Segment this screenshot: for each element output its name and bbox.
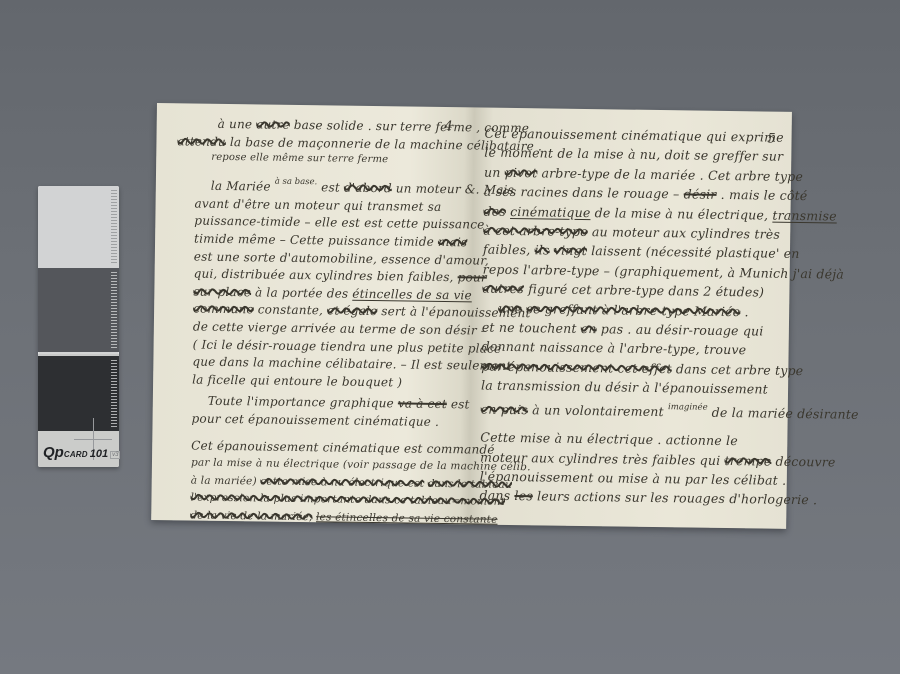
text-segment: à la portée des <box>251 285 352 300</box>
manuscript-line: la Mariée à sa base. est d'abord un mote… <box>211 173 457 199</box>
text-segment: pour cet épanouissement cinématique . <box>192 411 440 428</box>
text-segment: Cette mise à nu électrique . actionne le <box>480 430 738 449</box>
manuscript-spread: 4 à une autre base solide . sur terre fe… <box>151 103 792 529</box>
text-segment: est une sorte d'automobiline, essence d'… <box>194 249 489 267</box>
text-segment: vingt <box>554 243 587 258</box>
page-5: 5 Cet épanouissement cinématique qui exp… <box>453 107 792 529</box>
text-segment: donnant naissance à l'arbre-type, trouve <box>482 339 747 358</box>
text-segment: en puis <box>481 401 529 417</box>
text-segment: les <box>514 488 533 503</box>
text-segment: en <box>581 321 597 336</box>
text-segment: Cet épanouissement cinématique qui expri… <box>485 126 784 145</box>
text-segment: la ficelle qui entoure le bouquet ) <box>192 372 402 389</box>
text-segment: faibles, <box>483 242 535 258</box>
qpcard-logo-card: CARD <box>64 450 88 459</box>
text-segment: une <box>498 300 522 315</box>
text-segment: ils <box>535 243 550 258</box>
text-segment: Cet épanouissement cinématique est comma… <box>191 438 495 456</box>
grayscale-patch-dark <box>38 354 119 433</box>
text-segment: de la vie de la mariée, <box>190 509 312 523</box>
text-segment: trempe <box>724 452 771 468</box>
page-4: 4 à une autre base solide . sur terre fe… <box>151 103 459 524</box>
text-segment: pas . au désir-rouage qui <box>597 321 764 338</box>
text-segment: va à cet <box>398 397 447 412</box>
text-segment: arbre-type de la mariée . Cet arbre type <box>537 165 803 184</box>
text-segment: l'épanouissement ou mise à nu par les cé… <box>480 468 787 487</box>
text-segment: cinématique <box>510 204 591 220</box>
text-segment: par épanouissement cet effet <box>481 358 672 376</box>
text-segment: avant d'être un moteur qui transmet sa <box>195 196 442 213</box>
manuscript-line: de la vie de la mariée, les étincelles d… <box>190 507 452 528</box>
text-segment: imaginée <box>668 402 708 413</box>
manuscript-line: la ficelle qui entoure le bouquet ) <box>192 371 454 392</box>
text-segment: à cet arbre-type <box>483 223 588 239</box>
qpcard-logo-version: v3 <box>110 451 120 459</box>
text-segment: attendu <box>177 134 226 149</box>
text-segment: dans <box>479 488 514 503</box>
text-segment: autre <box>256 117 290 131</box>
text-segment: à un volontairement <box>528 402 668 419</box>
text-segment: puissance-timide – elle est est cette pu… <box>194 214 484 232</box>
text-segment: cette mise à nu électrique est <box>260 475 424 489</box>
page4-text: à une autre base solide . sur terre ferm… <box>190 116 458 529</box>
qpcard-logo-number: 101 <box>90 448 108 460</box>
text-segment: transmise <box>772 207 837 223</box>
text-segment: la transmission du désir à l'épanouissem… <box>481 378 768 397</box>
text-segment: constante, <box>254 303 328 318</box>
text-segment: pivot <box>505 165 538 180</box>
text-segment: à la mariée) <box>191 474 261 487</box>
grayscale-patch-mid <box>38 268 119 352</box>
text-segment: et ne touchent <box>482 320 581 336</box>
text-segment: découvre <box>771 453 835 469</box>
manuscript-line: en puis à un volontairement imaginée de … <box>481 395 783 423</box>
text-segment: . <box>740 304 749 319</box>
text-segment: laissent (nécessité plastique' en <box>587 243 800 261</box>
ruler-ticks <box>111 360 117 429</box>
text-segment: et égale <box>327 304 377 319</box>
text-segment: a ses racines dans le rouage – <box>484 184 684 202</box>
text-segment: commune <box>193 302 254 317</box>
text-segment: Toute l'importance graphique <box>208 394 398 411</box>
photo-of-manuscript: { "photo": { "description": "Photograph … <box>0 0 900 674</box>
text-segment: moteur aux cylindres très faibles qui <box>480 449 725 467</box>
page5-text: Cet épanouissement cinématique qui expri… <box>479 124 786 510</box>
text-segment: un <box>484 164 505 179</box>
text-segment: sur place <box>193 284 251 299</box>
text-segment: au moteur aux cylindres très <box>588 224 780 242</box>
manuscript-line: dans les leurs actions sur les rouages d… <box>479 486 781 510</box>
text-segment: figuré cet arbre-type dans 2 études) <box>524 281 764 299</box>
text-segment: des <box>483 203 506 218</box>
text-segment: qui, distribuée aux cylindres bien faibl… <box>194 267 458 285</box>
text-segment: désir <box>684 187 717 202</box>
text-segment: étincelles de sa vie <box>352 286 472 302</box>
text-segment: . mais le côté <box>716 187 807 203</box>
text-segment: autres <box>482 281 524 297</box>
text-segment: la Mariée <box>211 179 275 194</box>
text-segment: leurs actions sur les rouages d'horloger… <box>533 489 818 508</box>
qpcard-logo-q: Qp <box>43 444 64 461</box>
text-segment: de la mise à nu électrique, <box>590 205 772 223</box>
text-segment: de cette vierge arrivée au terme de son … <box>193 319 487 337</box>
text-segment: timide même – Cette puissance timide <box>194 232 438 249</box>
text-segment: de la mariée désirante <box>707 404 858 421</box>
text-segment: à sa base. <box>275 177 318 188</box>
grayscale-patch-light <box>38 186 119 268</box>
ruler-ticks <box>111 272 117 348</box>
card-footer: QpCARD101v3 <box>38 431 119 467</box>
text-segment: repose elle même sur terre ferme <box>211 152 388 165</box>
qpcard-logo: QpCARD101v3 <box>43 444 120 462</box>
manuscript-line: pour cet épanouissement cinématique . <box>191 410 453 431</box>
text-segment: dans cet arbre type <box>672 361 804 378</box>
text-segment: repos l'arbre-type – (graphiquement, à M… <box>483 261 845 281</box>
text-segment: se greffant à l'arbre-type Mariée <box>526 301 740 319</box>
calibration-card: QpCARD101v3 <box>38 186 119 467</box>
text-segment: à une <box>218 117 257 132</box>
text-segment: d'abord <box>344 181 392 196</box>
text-segment: est <box>317 180 344 194</box>
ruler-ticks <box>111 190 117 264</box>
text-segment: le moment de la mise à nu, doit se greff… <box>484 145 783 164</box>
